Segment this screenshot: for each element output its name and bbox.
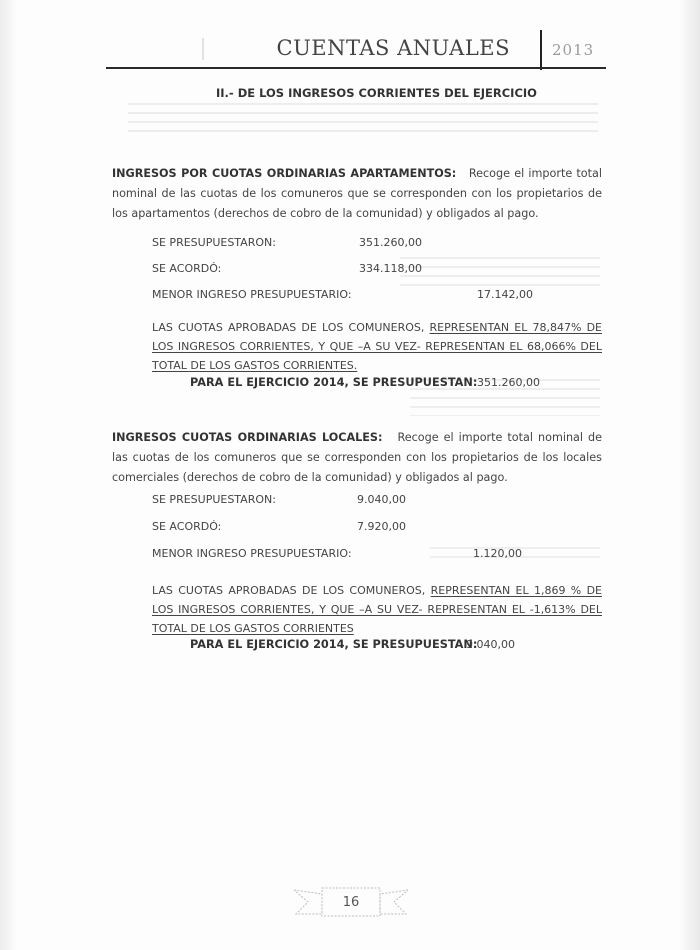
page-number: 16 bbox=[292, 895, 410, 910]
header-divider bbox=[540, 30, 542, 70]
apartamentos-menor-value: 17.142,00 bbox=[477, 288, 533, 301]
header-rule bbox=[106, 67, 606, 69]
apartamentos-acordo-label: SE ACORDÓ: bbox=[152, 262, 221, 275]
section-title: II.- DE LOS INGRESOS CORRIENTES DEL EJER… bbox=[216, 86, 537, 100]
apartamentos-note: LAS CUOTAS APROBADAS DE LOS COMUNEROS, R… bbox=[152, 318, 602, 375]
document-title: CUENTAS ANUALES bbox=[277, 36, 510, 60]
apartamentos-description: INGRESOS POR CUOTAS ORDINARIAS APARTAMEN… bbox=[112, 164, 602, 224]
locales-description: INGRESOS CUOTAS ORDINARIAS LOCALES: Reco… bbox=[112, 428, 602, 488]
apartamentos-acordo-value: 334.118,00 bbox=[359, 262, 422, 275]
locales-presupuestaron-value: 9.040,00 bbox=[357, 493, 406, 506]
page-edge-shadow-right bbox=[678, 0, 700, 950]
bleed-through-mark bbox=[128, 96, 598, 132]
apartamentos-heading: INGRESOS POR CUOTAS ORDINARIAS APARTAMEN… bbox=[112, 167, 456, 180]
apartamentos-budget-label: PARA EL EJERCICIO 2014, SE PRESUPUESTAN: bbox=[190, 376, 477, 389]
locales-note: LAS CUOTAS APROBADAS DE LOS COMUNEROS, R… bbox=[152, 581, 602, 638]
apartamentos-menor-label: MENOR INGRESO PRESUPUESTARIO: bbox=[152, 288, 352, 301]
apartamentos-note-text: LAS CUOTAS APROBADAS DE LOS COMUNEROS, bbox=[152, 321, 430, 334]
apartamentos-presupuestaron-value: 351.260,00 bbox=[359, 236, 422, 249]
locales-presupuestaron-label: SE PRESUPUESTARON: bbox=[152, 493, 276, 506]
locales-menor-value: 1.120,00 bbox=[473, 547, 522, 560]
locales-acordo-label: SE ACORDÓ: bbox=[152, 520, 221, 533]
locales-budget-label: PARA EL EJERCICIO 2014, SE PRESUPUESTAN: bbox=[190, 638, 477, 651]
apartamentos-presupuestaron-label: SE PRESUPUESTARON: bbox=[152, 236, 276, 249]
locales-menor-label: MENOR INGRESO PRESUPUESTARIO: bbox=[152, 547, 352, 560]
locales-acordo-value: 7.920,00 bbox=[357, 520, 406, 533]
locales-note-text: LAS CUOTAS APROBADAS DE LOS COMUNEROS, bbox=[152, 584, 431, 597]
apartamentos-budget-value: 351.260,00 bbox=[477, 376, 540, 389]
document-year: 2013 bbox=[552, 41, 594, 59]
bleed-through-mark bbox=[400, 250, 600, 286]
locales-heading: INGRESOS CUOTAS ORDINARIAS LOCALES: bbox=[112, 431, 382, 444]
page-number-ribbon: 16 bbox=[292, 884, 410, 920]
page-header: CUENTAS ANUALES 2013 bbox=[106, 28, 606, 70]
locales-budget-value: 9.040,00 bbox=[466, 638, 515, 651]
page-edge-shadow-left bbox=[0, 0, 18, 950]
